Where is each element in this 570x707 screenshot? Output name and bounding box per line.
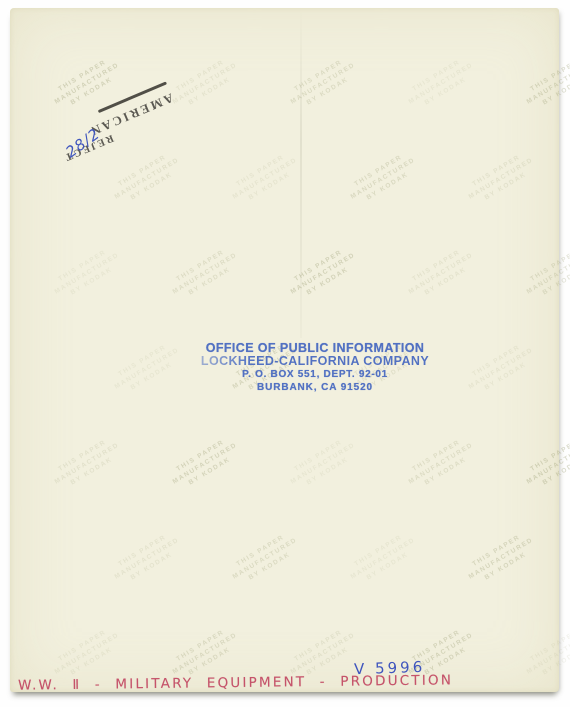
kodak-watermark-line: BY KODAK <box>472 353 540 399</box>
kodak-watermark: THIS PAPERMANUFACTUREDBY KODAK <box>402 433 479 494</box>
kodak-watermark-line: MANUFACTURED <box>467 156 535 202</box>
kodak-watermark-line: BY KODAK <box>412 68 480 114</box>
kodak-watermark-line: BY KODAK <box>58 448 126 494</box>
stamp-line-company: LOCKHEED-CALIFORNIA COMPANY <box>160 355 470 368</box>
kodak-watermark: THIS PAPERMANUFACTUREDBY KODAK <box>48 433 125 494</box>
kodak-watermark-line: MANUFACTURED <box>53 61 121 107</box>
kodak-watermark: THIS PAPERMANUFACTUREDBY KODAK <box>520 243 570 304</box>
kodak-watermark-line: THIS PAPER <box>402 243 470 289</box>
photo-verso-paper: THIS PAPERMANUFACTUREDBY KODAKTHIS PAPER… <box>10 8 559 692</box>
kodak-watermark-line: THIS PAPER <box>166 243 234 289</box>
kodak-watermark: THIS PAPERMANUFACTUREDBY KODAK <box>520 53 570 114</box>
kodak-watermark-line: MANUFACTURED <box>171 251 239 297</box>
kodak-watermark-line: MANUFACTURED <box>525 251 570 297</box>
kodak-watermark-line: THIS PAPER <box>48 433 116 479</box>
kodak-watermark-line: THIS PAPER <box>166 53 234 99</box>
kodak-watermark-line: MANUFACTURED <box>171 441 239 487</box>
kodak-watermark-line: MANUFACTURED <box>171 631 239 677</box>
kodak-watermark: THIS PAPERMANUFACTUREDBY KODAK <box>48 623 125 684</box>
kodak-watermark-line: THIS PAPER <box>284 433 352 479</box>
kodak-watermark-line: MANUFACTURED <box>467 536 535 582</box>
kodak-watermark-line: MANUFACTURED <box>53 631 121 677</box>
kodak-watermark: THIS PAPERMANUFACTUREDBY KODAK <box>520 433 570 494</box>
kodak-watermark-line: MANUFACTURED <box>349 156 417 202</box>
kodak-watermark-line: THIS PAPER <box>226 528 294 574</box>
kodak-watermark-line: THIS PAPER <box>520 433 570 479</box>
kodak-watermark-line: THIS PAPER <box>108 528 176 574</box>
kodak-watermark-line: BY KODAK <box>176 448 244 494</box>
kodak-watermark-line: MANUFACTURED <box>407 251 475 297</box>
kodak-watermark-line: MANUFACTURED <box>407 61 475 107</box>
kodak-watermark: THIS PAPERMANUFACTUREDBY KODAK <box>462 148 539 209</box>
kodak-watermark-line: MANUFACTURED <box>289 441 357 487</box>
kodak-watermark: THIS PAPERMANUFACTUREDBY KODAK <box>48 243 125 304</box>
kodak-watermark-line: THIS PAPER <box>520 243 570 289</box>
kodak-watermark-line: BY KODAK <box>530 258 570 304</box>
kodak-watermark-line: THIS PAPER <box>344 148 412 194</box>
kodak-watermark: THIS PAPERMANUFACTUREDBY KODAK <box>166 243 243 304</box>
kodak-watermark: THIS PAPERMANUFACTUREDBY KODAK <box>108 528 185 589</box>
kodak-watermark: THIS PAPERMANUFACTUREDBY KODAK <box>520 623 570 684</box>
kodak-watermark-line: BY KODAK <box>118 543 186 589</box>
kodak-watermark-line: MANUFACTURED <box>113 156 181 202</box>
kodak-watermark-line: BY KODAK <box>236 543 304 589</box>
kodak-watermark: THIS PAPERMANUFACTUREDBY KODAK <box>284 243 361 304</box>
stamp-line-pobox: P. O. BOX 551, DEPT. 92-01 <box>160 369 470 382</box>
kodak-watermark-line: BY KODAK <box>530 638 570 684</box>
kodak-watermark-line: MANUFACTURED <box>171 61 239 107</box>
kodak-watermark: THIS PAPERMANUFACTUREDBY KODAK <box>226 528 303 589</box>
kodak-watermark-line: BY KODAK <box>472 163 540 209</box>
kodak-watermark-line: BY KODAK <box>354 543 422 589</box>
kodak-watermark: THIS PAPERMANUFACTUREDBY KODAK <box>284 53 361 114</box>
kodak-watermark-line: THIS PAPER <box>462 528 530 574</box>
kodak-watermark-line: THIS PAPER <box>402 53 470 99</box>
kodak-watermark: THIS PAPERMANUFACTUREDBY KODAK <box>462 528 539 589</box>
kodak-watermark: THIS PAPERMANUFACTUREDBY KODAK <box>402 53 479 114</box>
kodak-watermark-line: BY KODAK <box>236 163 304 209</box>
kodak-watermark-line: THIS PAPER <box>284 243 352 289</box>
kodak-watermark-line: THIS PAPER <box>48 53 116 99</box>
kodak-watermark-line: BY KODAK <box>294 68 362 114</box>
kodak-watermark: THIS PAPERMANUFACTUREDBY KODAK <box>284 433 361 494</box>
kodak-watermark: THIS PAPERMANUFACTUREDBY KODAK <box>166 53 243 114</box>
kodak-watermark-line: BY KODAK <box>412 258 480 304</box>
kodak-watermark-line: THIS PAPER <box>344 528 412 574</box>
stamp-line-city: BURBANK, CA 91520 <box>160 382 470 394</box>
kodak-watermark: THIS PAPERMANUFACTUREDBY KODAK <box>462 338 539 399</box>
kodak-watermark-line: BY KODAK <box>412 448 480 494</box>
kodak-watermark-line: THIS PAPER <box>48 623 116 669</box>
kodak-watermark-line: THIS PAPER <box>166 623 234 669</box>
kodak-watermark-line: THIS PAPER <box>108 148 176 194</box>
kodak-watermark-line: MANUFACTURED <box>231 156 299 202</box>
kodak-watermark-line: BY KODAK <box>530 448 570 494</box>
kodak-watermark-line: MANUFACTURED <box>525 61 570 107</box>
kodak-watermark: THIS PAPERMANUFACTUREDBY KODAK <box>226 148 303 209</box>
kodak-watermark-line: BY KODAK <box>118 163 186 209</box>
lockheed-address-stamp: OFFICE OF PUBLIC INFORMATION LOCKHEED-CA… <box>160 342 470 394</box>
paper-crease <box>300 8 302 338</box>
kodak-watermark-line: MANUFACTURED <box>467 346 535 392</box>
kodak-watermark-line: BY KODAK <box>176 258 244 304</box>
kodak-watermark-line: BY KODAK <box>294 448 362 494</box>
kodak-watermark-line: THIS PAPER <box>166 433 234 479</box>
kodak-watermark-line: THIS PAPER <box>520 623 570 669</box>
kodak-watermark-line: BY KODAK <box>58 258 126 304</box>
kodak-watermark-line: MANUFACTURED <box>53 251 121 297</box>
kodak-watermark-line: BY KODAK <box>530 68 570 114</box>
kodak-watermark-line: THIS PAPER <box>462 338 530 384</box>
kodak-watermark-line: THIS PAPER <box>284 53 352 99</box>
kodak-watermark: THIS PAPERMANUFACTUREDBY KODAK <box>344 148 421 209</box>
kodak-watermark-line: MANUFACTURED <box>407 441 475 487</box>
kodak-watermark-line: BY KODAK <box>294 258 362 304</box>
kodak-watermark: THIS PAPERMANUFACTUREDBY KODAK <box>344 528 421 589</box>
kodak-watermark-line: MANUFACTURED <box>289 631 357 677</box>
kodak-watermark-line: THIS PAPER <box>402 433 470 479</box>
kodak-watermark: THIS PAPERMANUFACTUREDBY KODAK <box>108 148 185 209</box>
kodak-watermark: THIS PAPERMANUFACTUREDBY KODAK <box>402 243 479 304</box>
kodak-watermark-line: MANUFACTURED <box>525 631 570 677</box>
kodak-watermark-line: THIS PAPER <box>284 623 352 669</box>
kodak-watermark-line: MANUFACTURED <box>113 536 181 582</box>
kodak-watermark-line: THIS PAPER <box>226 148 294 194</box>
kodak-watermark-line: THIS PAPER <box>520 53 570 99</box>
kodak-watermark-line: MANUFACTURED <box>231 536 299 582</box>
kodak-watermark-line: BY KODAK <box>354 163 422 209</box>
kodak-watermark-line: BY KODAK <box>472 543 540 589</box>
caption-handwriting: W.W. Ⅱ - MILITARY EQUIPMENT - PRODUCTION <box>18 672 453 693</box>
kodak-watermark: THIS PAPERMANUFACTUREDBY KODAK <box>166 433 243 494</box>
kodak-watermark-line: MANUFACTURED <box>349 536 417 582</box>
photo-scan: THIS PAPERMANUFACTUREDBY KODAKTHIS PAPER… <box>0 0 570 707</box>
kodak-watermark-line: THIS PAPER <box>48 243 116 289</box>
kodak-watermark-line: THIS PAPER <box>462 148 530 194</box>
kodak-watermark-line: BY KODAK <box>176 68 244 114</box>
kodak-watermark-line: MANUFACTURED <box>525 441 570 487</box>
kodak-watermark-line: MANUFACTURED <box>53 441 121 487</box>
